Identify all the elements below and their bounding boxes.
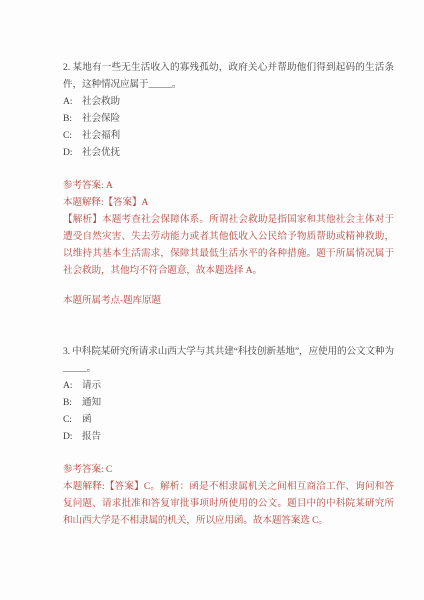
option-text: 社会福利 <box>82 127 120 144</box>
option-text: 请示 <box>82 377 101 394</box>
option-label: B: <box>63 110 82 127</box>
option-row-a: A: 社会救助 <box>63 93 394 110</box>
reference-answer: 参考答案: A <box>63 177 394 194</box>
option-label: A: <box>63 377 82 394</box>
option-row-d: D: 报告 <box>63 428 394 445</box>
option-text: 报告 <box>82 428 101 445</box>
option-row-b: B: 通知 <box>63 394 394 411</box>
option-row-b: B: 社会保险 <box>63 110 394 127</box>
option-row-c: C: 社会福利 <box>63 127 394 144</box>
option-row-a: A: 请示 <box>63 377 394 394</box>
option-label: B: <box>63 394 82 411</box>
option-label: D: <box>63 144 82 161</box>
question-2-answer-section: 参考答案: A 本题解释:【答案】A 【解析】本题考查社会保障体系。所谓社会救助… <box>63 177 394 309</box>
analysis-paragraph: 【解析】本题考查社会保障体系。所谓社会救助是指国家和其他社会主体对于遭受自然灾害… <box>63 211 394 279</box>
option-text: 社会保险 <box>82 110 120 127</box>
option-label: D: <box>63 428 82 445</box>
answer-line: 本题解释:【答案】A <box>63 194 394 211</box>
question-3-answer-section: 参考答案: C 本题解释:【答案】C。解析：函是不相隶属机关之间相互商洽工作、询… <box>63 461 394 529</box>
question-3-stem: 3. 中科院某研究所请求山西大学与其共建“科技创新基地”，应使用的公文文种为__… <box>63 343 394 377</box>
option-text: 社会优抚 <box>82 144 120 161</box>
option-label: C: <box>63 127 82 144</box>
question-2-options: A: 社会救助 B: 社会保险 C: 社会福利 D: 社会优抚 <box>63 93 394 161</box>
reference-answer: 参考答案: C <box>63 461 394 478</box>
question-2-stem: 2. 某地有一些无生活收入的寡残孤幼，政府关心并帮助他们得到起码的生活条件，这种… <box>63 59 394 93</box>
question-block-2: 2. 某地有一些无生活收入的寡残孤幼，政府关心并帮助他们得到起码的生活条件，这种… <box>63 59 394 309</box>
option-text: 函 <box>82 411 92 428</box>
knowledge-point-note: 本题所属考点-题库原题 <box>63 292 394 309</box>
document-page: 2. 某地有一些无生活收入的寡残孤幼，政府关心并帮助他们得到起码的生活条件，这种… <box>0 0 424 600</box>
question-3-options: A: 请示 B: 通知 C: 函 D: 报告 <box>63 377 394 445</box>
explanation-paragraph: 本题解释:【答案】C。解析：函是不相隶属机关之间相互商洽工作、询问和答复问题、请… <box>63 478 394 529</box>
option-label: C: <box>63 411 82 428</box>
option-row-d: D: 社会优抚 <box>63 144 394 161</box>
option-row-c: C: 函 <box>63 411 394 428</box>
option-text: 社会救助 <box>82 93 120 110</box>
option-text: 通知 <box>82 394 101 411</box>
question-block-3: 3. 中科院某研究所请求山西大学与其共建“科技创新基地”，应使用的公文文种为__… <box>63 343 394 529</box>
option-label: A: <box>63 93 82 110</box>
